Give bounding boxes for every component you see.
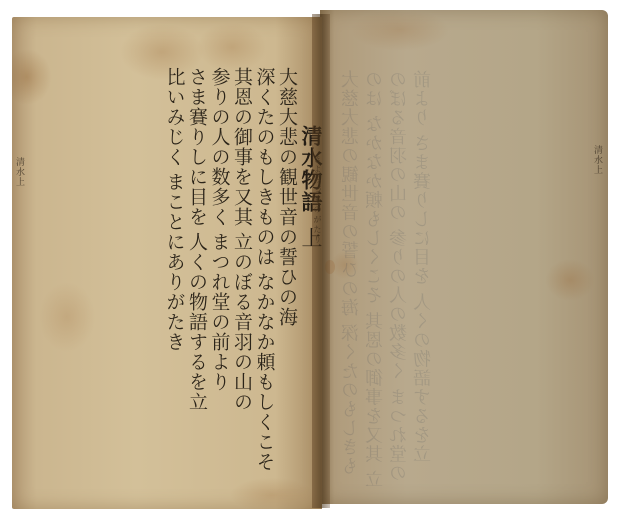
right-page: 大慈大悲の観世音の誓ひの海 深くたのもしきものは なかなか頼もしくこそ 其恩の御… bbox=[320, 10, 608, 504]
margin-label-left: 清水上 bbox=[13, 157, 26, 187]
book-gutter bbox=[312, 14, 330, 508]
show-through-text: 大慈大悲の観世音の誓ひの海 深くたのもしきものは なかなか頼もしくこそ 其恩の御… bbox=[340, 70, 590, 490]
show-through-col: なかなか頼もしくこそ bbox=[365, 115, 386, 305]
left-page: 清水上 清水物語上 大慈大悲の観世音の誓ひの海 深くたのもしきものは なかなか頼… bbox=[12, 17, 322, 509]
text-column: 立のぼる音羽の山の bbox=[231, 232, 254, 412]
margin-label-right: 清水上 bbox=[591, 145, 604, 175]
text-column: さま賽りしに目を bbox=[186, 67, 209, 227]
open-book: 大慈大悲の観世音の誓ひの海 深くたのもしきものは なかなか頼もしくこそ 其恩の御… bbox=[0, 0, 640, 524]
text-column: なかなか頼もしくこそ bbox=[253, 272, 276, 472]
text-column: 比いみじく bbox=[163, 67, 186, 167]
show-through-col: 大慈大悲の観世音の誓ひの海 bbox=[341, 70, 362, 317]
text-column: 大慈大悲の観世音の誓ひの海 bbox=[276, 67, 299, 327]
show-through-col: さま賽りしに目を bbox=[413, 134, 434, 286]
text-column: 参りの人の数多く bbox=[208, 67, 231, 227]
show-through-col: 人くの物語するを立 bbox=[413, 292, 434, 463]
show-through-col: 其恩の御事を又其 bbox=[365, 311, 386, 463]
text-column: まことにありがたき bbox=[163, 172, 186, 352]
text-column: まつれ堂の前より bbox=[208, 232, 231, 392]
text-column: 其恩の御事を又其 bbox=[231, 67, 254, 227]
show-through-col: 参りの人の数多く bbox=[389, 229, 410, 381]
text-column: 深くたのもしきものは bbox=[253, 67, 276, 267]
text-column: 人くの物語するを立 bbox=[186, 232, 209, 412]
main-text: 清水物語上 大慈大悲の観世音の誓ひの海 深くたのもしきものは なかなか頼もしくこ… bbox=[34, 67, 324, 507]
